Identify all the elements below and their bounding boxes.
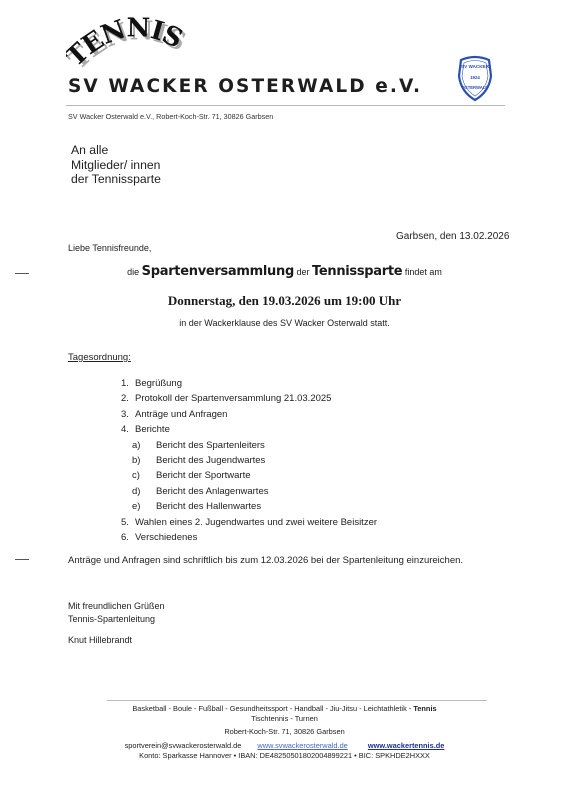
agenda-item-number: 2.	[121, 391, 135, 406]
agenda-item: 1.Begrüßung	[121, 376, 377, 391]
crest-top-text: SV WACKER	[461, 64, 490, 69]
footer-contact: sportverein@svwackerosterwald.de www.svw…	[0, 741, 569, 750]
agenda-item-number: e)	[132, 499, 156, 514]
recipient-block: An alle Mitglieder/ innen der Tennisspar…	[71, 143, 161, 187]
header-divider	[66, 105, 505, 106]
announce-text: die	[127, 267, 142, 277]
agenda-item-text: Bericht des Anlagenwartes	[156, 484, 268, 499]
letter-date: Garbsen, den 13.02.2026	[396, 231, 509, 242]
agenda-item: 6.Verschiedenes	[121, 530, 377, 545]
meeting-location: in der Wackerklause des SV Wacker Osterw…	[0, 318, 569, 328]
agenda-item-number: a)	[132, 438, 156, 453]
closing-line: Tennis-Spartenleitung	[68, 613, 165, 626]
agenda-item-text: Bericht des Jugendwartes	[156, 453, 265, 468]
announcement-line: die Spartenversammlung der Tennissparte …	[0, 262, 569, 280]
agenda-list: 1.Begrüßung2.Protokoll der Spartenversam…	[121, 376, 377, 545]
recipient-line: Mitglieder/ innen	[71, 158, 161, 173]
footer-sports-list: Basketball - Boule - Fußball - Gesundhei…	[0, 704, 569, 724]
footer-address: Robert-Koch-Str. 71, 30826 Garbsen	[0, 727, 569, 736]
agenda-item-number: 5.	[121, 515, 135, 530]
agenda-item-number: b)	[132, 453, 156, 468]
crest-year: 1924	[470, 75, 480, 80]
recipient-line: der Tennissparte	[71, 172, 161, 187]
fold-mark	[15, 559, 29, 560]
crest-bottom-text: OSTERWALD	[462, 85, 489, 90]
agenda-subitem: e)Bericht des Hallenwartes	[121, 499, 377, 514]
closing-line: Mit freundlichen Grüßen	[68, 600, 165, 613]
agenda-item-text: Wahlen eines 2. Jugendwartes und zwei we…	[135, 515, 377, 530]
closing: Mit freundlichen Grüßen Tennis-Spartenle…	[68, 600, 165, 625]
agenda-subitem: d)Bericht des Anlagenwartes	[121, 484, 377, 499]
footer-divider	[107, 700, 487, 701]
club-crest-icon: SV WACKER 1924 OSTERWALD	[455, 54, 495, 102]
agenda-subitem: b)Bericht des Jugendwartes	[121, 453, 377, 468]
agenda-subitem: a)Bericht des Spartenleiters	[121, 438, 377, 453]
agenda-item: 4.Berichte	[121, 422, 377, 437]
signer-name: Knut Hillebrandt	[68, 635, 132, 645]
footer-email: sportverein@svwackerosterwald.de	[125, 741, 242, 750]
sports-highlight: Tennis	[413, 704, 436, 713]
agenda-item-text: Bericht der Sportwarte	[156, 468, 251, 483]
agenda-item-text: Berichte	[135, 422, 170, 437]
sports-line: Basketball - Boule - Fußball - Gesundhei…	[132, 704, 413, 713]
agenda-item-text: Anträge und Anfragen	[135, 407, 227, 422]
announce-event: Spartenversammlung	[142, 264, 294, 279]
recipient-line: An alle	[71, 143, 161, 158]
agenda-item-number: d)	[132, 484, 156, 499]
agenda-item-text: Begrüßung	[135, 376, 182, 391]
agenda-title: Tagesordnung:	[68, 352, 131, 363]
tennis-logo: TENNIS TENNIS	[66, 14, 206, 70]
agenda-item: 5.Wahlen eines 2. Jugendwartes und zwei …	[121, 515, 377, 530]
agenda-item: 3.Anträge und Anfragen	[121, 407, 377, 422]
deadline-note: Anträge und Anfragen sind schriftlich bi…	[68, 555, 463, 566]
agenda-item-number: 6.	[121, 530, 135, 545]
meeting-date-time: Donnerstag, den 19.03.2026 um 19:00 Uhr	[0, 293, 569, 309]
agenda-item-text: Verschiedenes	[135, 530, 197, 545]
agenda-subitem: c)Bericht der Sportwarte	[121, 468, 377, 483]
agenda-item-text: Protokoll der Spartenversammlung 21.03.2…	[135, 391, 331, 406]
agenda-item-number: 1.	[121, 376, 135, 391]
salutation: Liebe Tennisfreunde,	[68, 243, 151, 253]
agenda-item-text: Bericht des Spartenleiters	[156, 438, 265, 453]
announce-division: Tennissparte	[312, 264, 402, 279]
website-link-club[interactable]: www.svwackerosterwald.de	[257, 741, 347, 750]
footer-bank-details: Konto: Sparkasse Hannover • IBAN: DE4825…	[0, 751, 569, 760]
sender-address-line: SV Wacker Osterwald e.V., Robert-Koch-St…	[68, 112, 273, 121]
website-link-tennis[interactable]: www.wackertennis.de	[368, 741, 445, 750]
agenda-item: 2.Protokoll der Spartenversammlung 21.03…	[121, 391, 377, 406]
agenda-item-number: c)	[132, 468, 156, 483]
sports-line-2: Tischtennis - Turnen	[0, 714, 569, 724]
announce-text: der	[294, 267, 312, 277]
agenda-item-number: 3.	[121, 407, 135, 422]
agenda-item-number: 4.	[121, 422, 135, 437]
agenda-item-text: Bericht des Hallenwartes	[156, 499, 261, 514]
club-name: SV WACKER OSTERWALD e.V.	[68, 76, 422, 97]
announce-text: findet am	[402, 267, 442, 277]
